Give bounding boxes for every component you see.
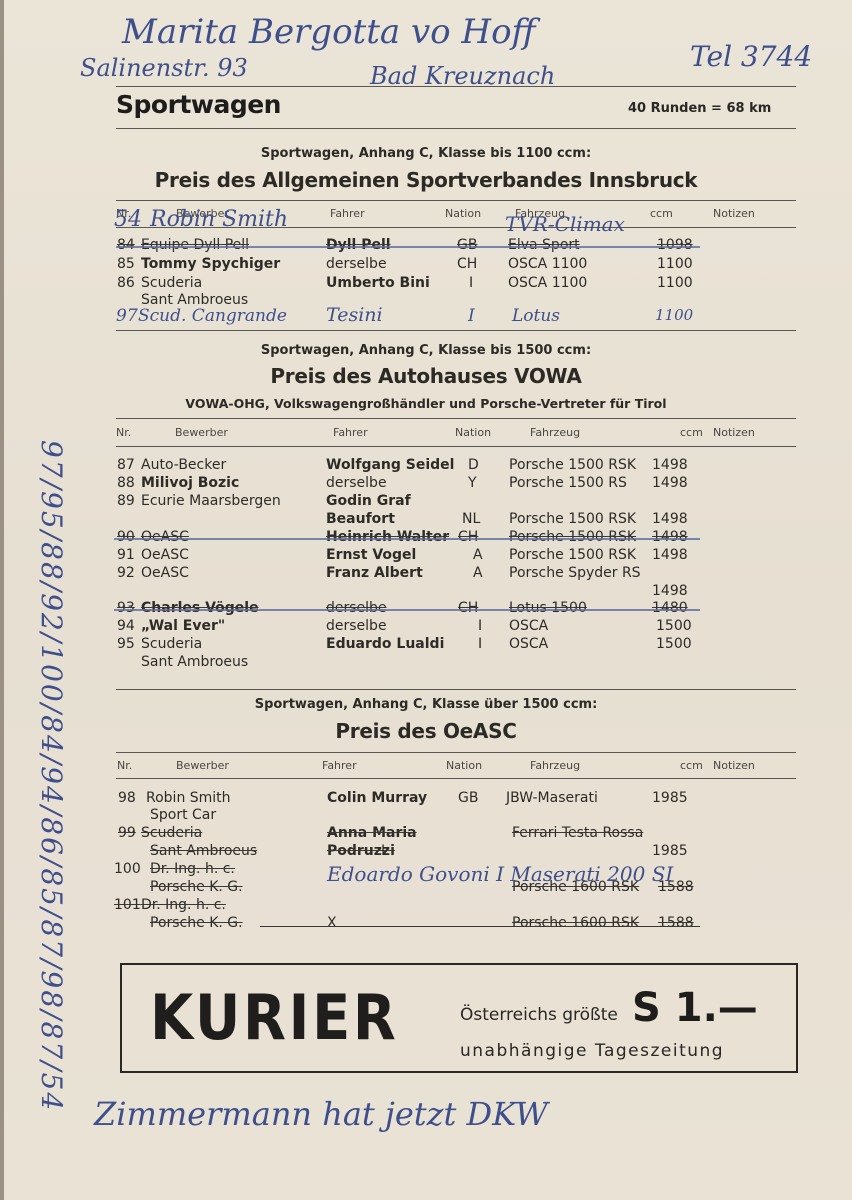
row-nr: 91 bbox=[117, 547, 135, 563]
row-nation: I bbox=[469, 275, 473, 291]
row-fahrer: derselbe bbox=[326, 600, 387, 616]
row-nation: CH bbox=[458, 529, 478, 545]
handwritten-name: Marita Bergotta vo Hoff bbox=[122, 12, 536, 52]
row-ccm: 1498 bbox=[652, 457, 688, 473]
row-nr: 92 bbox=[117, 565, 135, 581]
row-fahrer: derselbe bbox=[326, 618, 387, 634]
row-fahrzeug: Elva Sport bbox=[508, 237, 580, 253]
row-fahrzeug: Porsche 1500 RS bbox=[509, 475, 627, 491]
handwritten-margin-numbers: 97/95/88/92/100/84/94/86/85/87/98/87/54 bbox=[35, 440, 68, 1112]
row-nation: I bbox=[478, 618, 482, 634]
ad-tagline-2: unabhängige Tageszeitung bbox=[460, 1041, 724, 1061]
section-title: Preis des Autohauses VOWA bbox=[0, 364, 852, 388]
row-fahrzeug: Porsche Spyder RS bbox=[509, 565, 641, 581]
row-fahrzeug: Porsche 1500 RSK bbox=[509, 547, 636, 563]
divider bbox=[116, 418, 796, 419]
row-bewerber: Auto-Becker bbox=[141, 457, 226, 473]
row-nr: 101 bbox=[114, 897, 141, 913]
row-ccm: 1985 bbox=[652, 843, 688, 859]
row-bewerber: Milivoj Bozic bbox=[141, 475, 239, 491]
row-fahrzeug: Porsche 1500 RSK bbox=[509, 511, 636, 527]
race-distance: 40 Runden = 68 km bbox=[628, 101, 771, 116]
handwritten-entry-fahrzeug: TVR-Climax bbox=[505, 212, 625, 236]
row-fahrzeug: OSCA bbox=[509, 636, 548, 652]
col-fahrer: Fahrer bbox=[322, 759, 357, 772]
col-bewerber: Bewerber bbox=[176, 759, 229, 772]
row-fahrzeug: OSCA bbox=[509, 618, 548, 634]
row-ccm: 1100 bbox=[657, 256, 693, 272]
hw-nr: 97 bbox=[116, 306, 138, 326]
divider bbox=[116, 128, 796, 129]
row-fahrzeug: Porsche 1600 RSK bbox=[512, 915, 639, 931]
row-ccm: 1098 bbox=[657, 237, 693, 253]
hw-fahrer: Tesini bbox=[326, 304, 383, 326]
row-fahrer: derselbe bbox=[326, 475, 387, 491]
row-ccm: 1985 bbox=[652, 790, 688, 806]
col-nr: Nr. bbox=[117, 759, 132, 772]
ad-brand: KURIER bbox=[150, 981, 399, 1054]
handwritten-street: Salinenstr. 93 bbox=[80, 54, 248, 82]
row-ccm: 1588 bbox=[658, 915, 694, 931]
row-ccm: 1500 bbox=[656, 618, 692, 634]
row-fahrer: Heinrich Walter bbox=[326, 529, 449, 545]
row-bewerber: Dr. Ing. h. c. bbox=[150, 861, 235, 877]
section-subtitle: Sportwagen, Anhang C, Klasse über 1500 c… bbox=[0, 697, 852, 712]
row-nation: A bbox=[473, 547, 483, 563]
row-nr: 90 bbox=[117, 529, 135, 545]
row-fahrer: Dyll Pell bbox=[326, 237, 391, 253]
row-bewerber-line2: Sant Ambroeus bbox=[141, 654, 248, 670]
row-bewerber: Scuderia bbox=[141, 275, 202, 291]
row-fahrzeug: OSCA 1100 bbox=[508, 275, 587, 291]
row-nr: 93 bbox=[117, 600, 135, 616]
row-bewerber: OeASC bbox=[141, 547, 189, 563]
col-nation: Nation bbox=[445, 207, 481, 220]
pen-strikethrough bbox=[116, 246, 700, 248]
handwritten-entry-bewerber: Robin Smith bbox=[150, 207, 288, 232]
row-bewerber: Charles Vögele bbox=[141, 600, 259, 616]
section-title: Preis des Allgemeinen Sportverbandes Inn… bbox=[0, 168, 852, 192]
row-fahrzeug: Ferrari Testa Rossa bbox=[512, 825, 643, 841]
col-nation: Nation bbox=[446, 759, 482, 772]
pen-strikethrough bbox=[114, 609, 700, 611]
col-nr: Nr. bbox=[116, 426, 131, 439]
row-ccm: 1498 bbox=[652, 475, 688, 491]
hw-nation: I bbox=[468, 306, 475, 326]
row-nr: 98 bbox=[118, 790, 136, 806]
row-nation: GB bbox=[457, 237, 477, 253]
section-title: Preis des OeASC bbox=[0, 719, 852, 743]
row-fahrer: Eduardo Lualdi bbox=[326, 636, 444, 652]
row-bewerber: „Wal Ever" bbox=[141, 618, 225, 634]
col-notizen: Notizen bbox=[713, 426, 755, 439]
divider bbox=[116, 446, 796, 447]
divider bbox=[116, 200, 796, 201]
ad-tagline-1: Österreichs größte bbox=[460, 1005, 618, 1025]
handwritten-bottom-note: Zimmermann hat jetzt DKW bbox=[94, 1095, 548, 1133]
row-nr: 100 bbox=[114, 861, 141, 877]
row-fahrzeug: OSCA 1100 bbox=[508, 256, 587, 272]
row-nr: 88 bbox=[117, 475, 135, 491]
row-fahrzeug: Porsche 1500 RSK bbox=[509, 529, 636, 545]
row-bewerber: Tommy Spychiger bbox=[141, 256, 280, 272]
row-nr: 85 bbox=[117, 256, 135, 272]
divider bbox=[116, 752, 796, 753]
row-bewerber: Scuderia bbox=[141, 825, 202, 841]
row-nr: 99 bbox=[118, 825, 136, 841]
row-ccm: 1480 bbox=[652, 600, 688, 616]
col-fahrer: Fahrer bbox=[330, 207, 365, 220]
row-fahrer: Wolfgang Seidel bbox=[326, 457, 454, 473]
row-nr: 95 bbox=[117, 636, 135, 652]
row-nr: 84 bbox=[117, 237, 135, 253]
col-ccm: ccm bbox=[680, 426, 703, 439]
row-fahrzeug: Lotus 1500 bbox=[509, 600, 587, 616]
col-bewerber: Bewerber bbox=[175, 426, 228, 439]
hw-ccm: 1100 bbox=[655, 306, 693, 324]
row-fahrer: Colin Murray bbox=[327, 790, 427, 806]
row-bewerber-line2: Porsche K. G. bbox=[150, 915, 243, 931]
strike-line bbox=[260, 926, 700, 927]
handwritten-replacement: Edoardo Govoni I Maserati 200 SI bbox=[327, 862, 673, 886]
col-fahrer: Fahrer bbox=[333, 426, 368, 439]
row-ccm: 1100 bbox=[657, 275, 693, 291]
row-fahrer: Umberto Bini bbox=[326, 275, 430, 291]
row-nr: 86 bbox=[117, 275, 135, 291]
row-bewerber-line2: Porsche K. G. bbox=[150, 879, 243, 895]
row-ccm: 1498 bbox=[652, 529, 688, 545]
col-notizen: Notizen bbox=[713, 207, 755, 220]
col-notizen: Notizen bbox=[713, 759, 755, 772]
row-nation: I bbox=[478, 636, 482, 652]
section-sponsor-note: VOWA-OHG, Volkswagengroßhändler und Pors… bbox=[0, 396, 852, 411]
row-nr: 89 bbox=[117, 493, 135, 509]
row-bewerber: Scuderia bbox=[141, 636, 202, 652]
row-fahrer: Ernst Vogel bbox=[326, 547, 416, 563]
row-fahrer: Anna Maria bbox=[327, 825, 417, 841]
row-fahrer: derselbe bbox=[326, 256, 387, 272]
row-fahrer-line2: Beaufort bbox=[326, 511, 395, 527]
row-ccm: 1498 bbox=[652, 583, 688, 599]
row-nation: Y bbox=[468, 475, 477, 491]
row-fahrzeug: Porsche 1500 RSK bbox=[509, 457, 636, 473]
row-nation: A bbox=[473, 565, 483, 581]
section-subtitle: Sportwagen, Anhang C, Klasse bis 1100 cc… bbox=[0, 146, 852, 161]
row-nation: D bbox=[468, 457, 479, 473]
kurier-advertisement: KURIER Österreichs größte S 1.— unabhäng… bbox=[120, 963, 798, 1073]
row-ccm: 1498 bbox=[652, 511, 688, 527]
section-subtitle: Sportwagen, Anhang C, Klasse bis 1500 cc… bbox=[0, 343, 852, 358]
pen-strikethrough bbox=[114, 538, 700, 540]
row-ccm: 1498 bbox=[652, 547, 688, 563]
col-nation: Nation bbox=[455, 426, 491, 439]
row-bewerber: Ecurie Maarsbergen bbox=[141, 493, 281, 509]
row-fahrer: Godin Graf bbox=[326, 493, 411, 509]
row-nation: NL bbox=[462, 511, 480, 527]
row-nation: CH bbox=[457, 256, 477, 272]
row-nr: 87 bbox=[117, 457, 135, 473]
divider bbox=[116, 689, 796, 690]
handwritten-phone: Tel 3744 bbox=[690, 40, 812, 73]
row-bewerber: Robin Smith bbox=[146, 790, 231, 806]
row-nr: 94 bbox=[117, 618, 135, 634]
col-ccm: ccm bbox=[650, 207, 673, 220]
row-bewerber-line2: Sant Ambroeus bbox=[150, 843, 257, 859]
handwritten-entry-nr: 54 bbox=[114, 207, 142, 232]
page-title: Sportwagen bbox=[116, 90, 281, 119]
row-ccm: 1500 bbox=[656, 636, 692, 652]
row-bewerber-line2: Sport Car bbox=[150, 807, 216, 823]
row-nation: GB bbox=[458, 790, 478, 806]
row-fahrzeug: JBW-Maserati bbox=[506, 790, 598, 806]
hw-fahrzeug: Lotus bbox=[512, 306, 560, 326]
hw-bewerber: Scud. Cangrande bbox=[138, 306, 287, 326]
row-bewerber: OeASC bbox=[141, 565, 189, 581]
col-fahrzeug: Fahrzeug bbox=[530, 426, 580, 439]
row-bewerber: Dr. Ing. h. c. bbox=[141, 897, 226, 913]
divider bbox=[116, 330, 796, 331]
col-fahrzeug: Fahrzeug bbox=[530, 759, 580, 772]
row-fahrer: X bbox=[327, 915, 337, 931]
row-bewerber: Equipe Dyll Pell bbox=[141, 237, 249, 253]
program-page: Marita Bergotta vo Hoff Salinenstr. 93 B… bbox=[0, 0, 852, 1200]
col-ccm: ccm bbox=[680, 759, 703, 772]
row-nation: CH bbox=[458, 600, 478, 616]
row-nation: I bbox=[381, 843, 385, 859]
divider bbox=[116, 778, 796, 779]
row-fahrer: Franz Albert bbox=[326, 565, 423, 581]
ad-price: S 1.— bbox=[632, 985, 758, 1031]
row-bewerber: OeASC bbox=[141, 529, 189, 545]
divider bbox=[116, 86, 796, 87]
